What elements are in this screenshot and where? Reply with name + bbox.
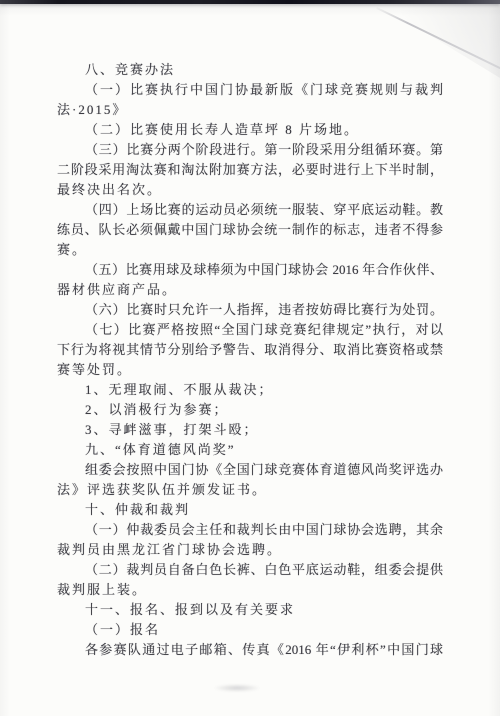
text-line: （一）报名 [57, 620, 443, 640]
text-line: 1、无理取闹、不服从裁决； [57, 380, 443, 400]
text-line: 法》评选获奖队伍并颁发证书。 [57, 480, 443, 500]
text-line: （一）仲裁委员会主任和裁判长由中国门球协会选聘，其余 [57, 520, 443, 540]
text-line: （七）比赛严格按照“全国门球竞赛纪律规定”执行，对以 [57, 320, 443, 340]
text-line: （六）比赛时只允许一人指挥，违者按妨碍比赛行为处罚。 [57, 300, 443, 320]
text-line: 器材供应商产品。 [57, 280, 443, 300]
text-line: 组委会按照中国门协《全国门球竞赛体育道德风尚奖评选办 [57, 460, 443, 480]
text-line: 最终决出名次。 [57, 180, 443, 200]
text-line: 2、以消极行为参赛； [57, 400, 443, 420]
text-line: 十一、报名、报到以及有关要求 [57, 600, 443, 620]
text-line: 二阶段采用淘汰赛和淘汰附加赛方法，必要时进行上下半时制， [57, 160, 443, 180]
scanned-document-page: 八、竞赛办法（一）比赛执行中国门协最新版《门球竞赛规则与裁判法·2015》（二）… [0, 0, 500, 716]
document-text: 八、竞赛办法（一）比赛执行中国门协最新版《门球竞赛规则与裁判法·2015》（二）… [57, 60, 443, 660]
text-line: 3、寻衅滋事，打架斗殴； [57, 420, 443, 440]
text-line: （二）裁判员自备白色长裤、白色平底运动鞋，组委会提供 [57, 560, 443, 580]
text-line: （一）比赛执行中国门协最新版《门球竞赛规则与裁判 [57, 80, 443, 100]
text-line: 九、“体育道德风尚奖” [57, 440, 443, 460]
text-line: （三）比赛分两个阶段进行。第一阶段采用分组循环赛。第 [57, 140, 443, 160]
text-line: 法·2015》 [57, 100, 443, 120]
text-line: 下行为将视其情节分别给予警告、取消得分、取消比赛资格或禁 [57, 340, 443, 360]
text-line: 裁判员由黑龙江省门球协会选聘。 [57, 540, 443, 560]
text-line: 赛。 [57, 240, 443, 260]
text-line: 练员、队长必须佩戴中国门球协会统一制作的标志，违者不得参 [57, 220, 443, 240]
text-line: （四）上场比赛的运动员必须统一服装、穿平底运动鞋。教 [57, 200, 443, 220]
text-line: 赛等处罚。 [57, 360, 443, 380]
text-line: （二）比赛使用长寿人造草坪 8 片场地。 [57, 120, 443, 140]
text-line: 各参赛队通过电子邮箱、传真《2016 年“伊利杯”中国门球 [57, 640, 443, 660]
text-line: 裁判服上装。 [57, 580, 443, 600]
text-line: 八、竞赛办法 [57, 60, 443, 80]
scanner-edge-artifact [0, 0, 500, 4]
scan-smudge-artifact [213, 684, 261, 692]
text-line: （五）比赛用球及球棒须为中国门球协会 2016 年合作伙伴、 [57, 260, 443, 280]
text-line: 十、仲裁和裁判 [57, 500, 443, 520]
